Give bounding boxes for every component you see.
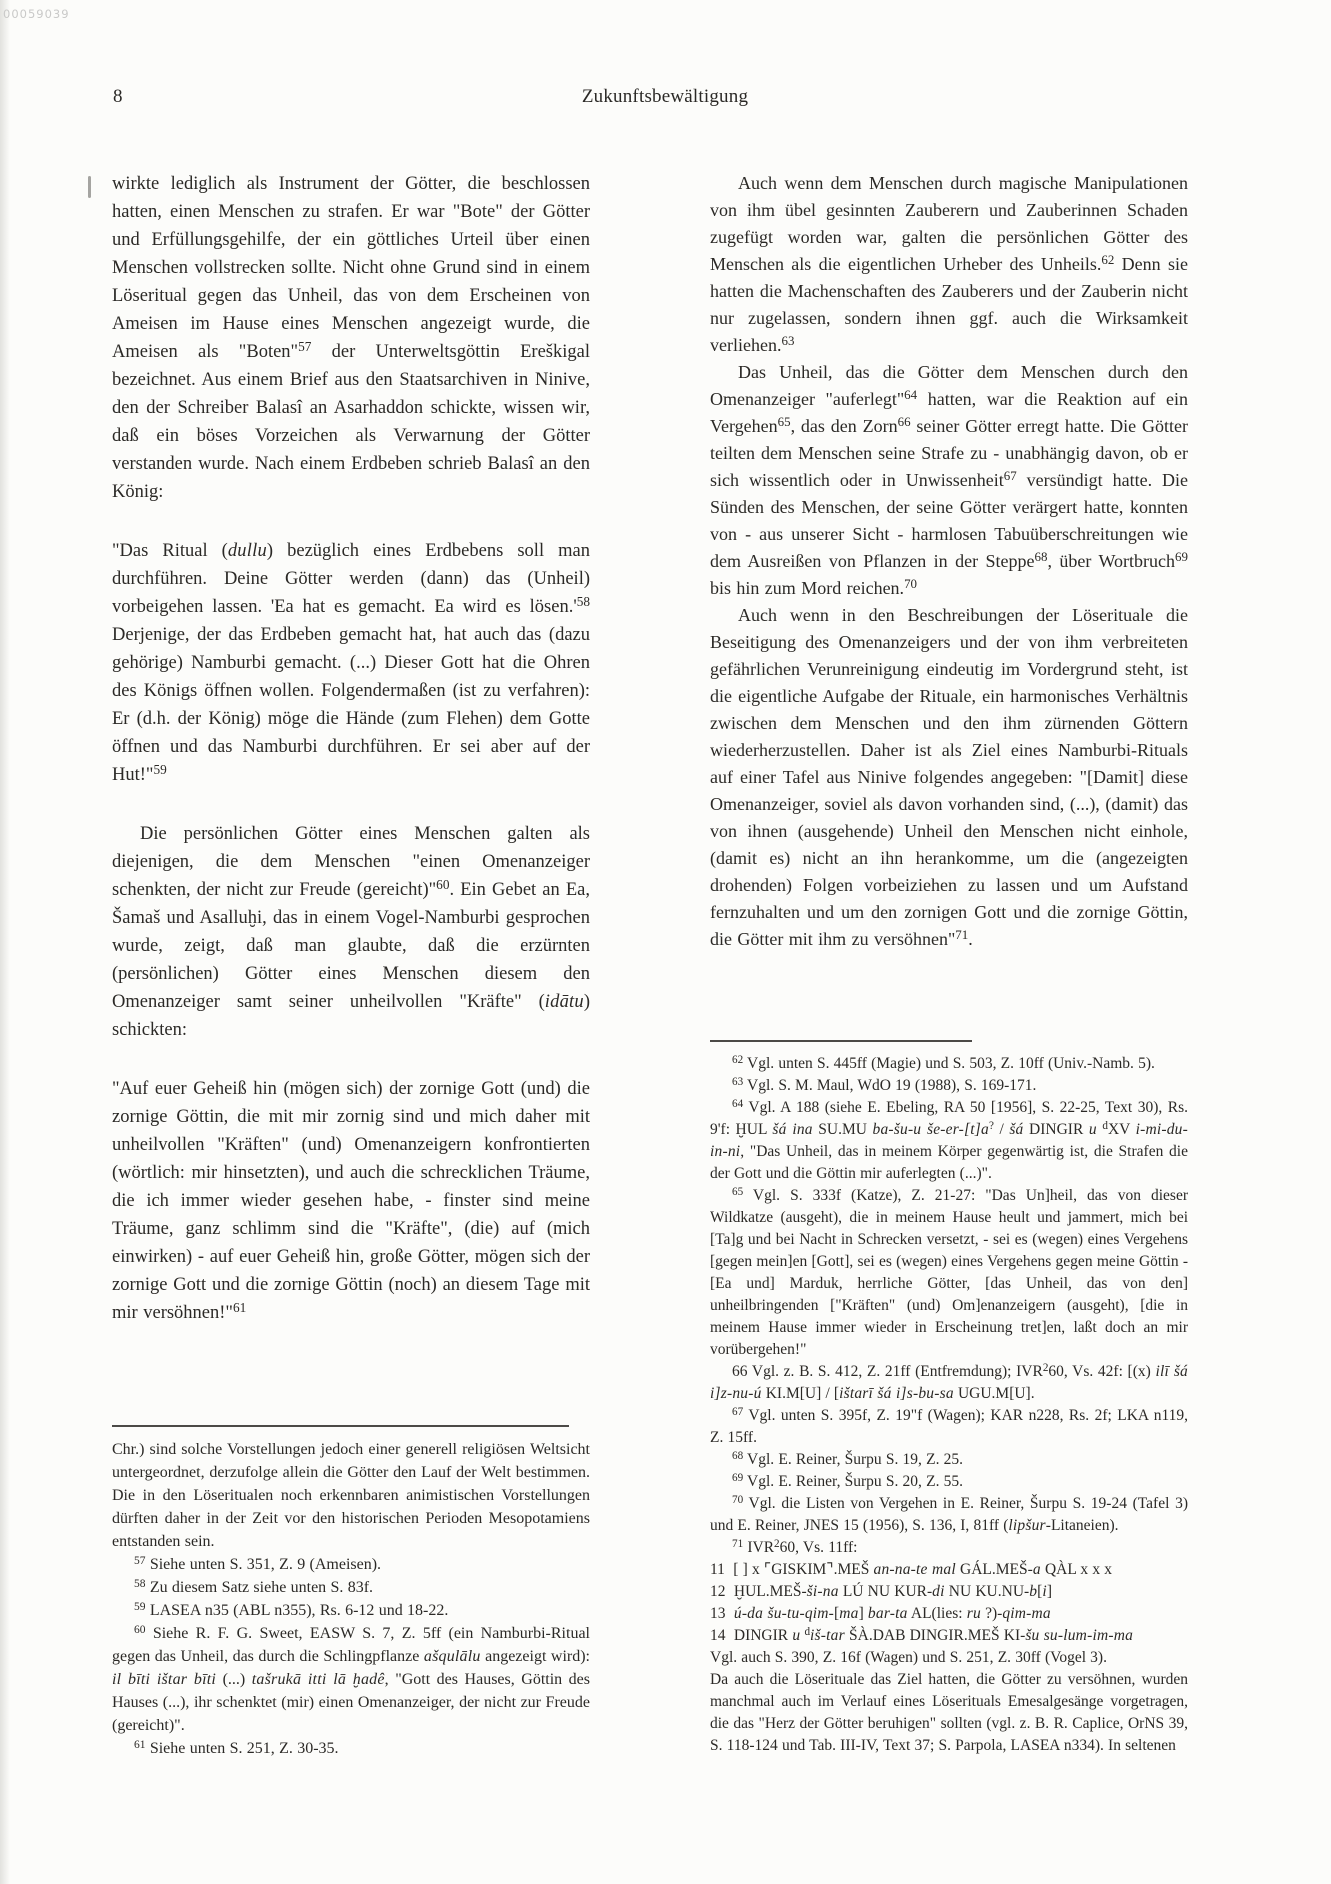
footnote-57: 57 Siehe unten S. 351, Z. 9 (Ameisen).	[112, 1553, 590, 1576]
right-column: Auch wenn dem Menschen durch magische Ma…	[710, 170, 1188, 953]
footnote-66: 66 Vgl. z. B. S. 412, Z. 21ff (Entfremdu…	[710, 1361, 1188, 1405]
scan-edge-shadow	[0, 0, 10, 1884]
cuneiform-line-13: 13 ú-da šu-tu-qim-[ma] bar-ta AL(lies: r…	[710, 1603, 1188, 1625]
scan-number: 00059039	[3, 7, 70, 21]
left-footnote-section: Chr.) sind solche Vorstellungen jedoch e…	[112, 1425, 590, 1760]
paragraph-personal-gods: Die persönlichen Götter eines Menschen g…	[112, 820, 590, 1044]
footnote-separator-left	[112, 1425, 569, 1427]
scan-artifact	[88, 176, 91, 198]
footnote-58: 58 Zu diesem Satz siehe unten S. 83f.	[112, 1576, 590, 1599]
book-page-scan: 00059039 8 Zukunftsbewältigung wirkte le…	[0, 0, 1331, 1884]
footnote-67: 67 Vgl. unten S. 395f, Z. 19"f (Wagen); …	[710, 1405, 1188, 1449]
paragraph-continued: wirkte lediglich als Instrument der Gött…	[112, 170, 590, 506]
footnote-71: 71 IVR260, Vs. 11ff:	[710, 1537, 1188, 1559]
footnote-separator-right	[710, 1040, 972, 1042]
cuneiform-line-14: 14 DINGIR u diš-tar ŠÀ.DAB DINGIR.MEŠ KI…	[710, 1625, 1188, 1647]
left-column: wirkte lediglich als Instrument der Gött…	[112, 170, 590, 1358]
footnote-68: 68 Vgl. E. Reiner, Šurpu S. 19, Z. 25.	[710, 1449, 1188, 1471]
footnote-trailer-da-auch: Da auch die Löserituale das Ziel hatten,…	[710, 1669, 1188, 1757]
footnote-59: 59 LASEA n35 (ABL n355), Rs. 6-12 und 18…	[112, 1599, 590, 1622]
block-quote-angry-gods: "Auf euer Geheiß hin (mögen sich) der zo…	[112, 1075, 590, 1327]
footnote-61: 61 Siehe unten S. 251, Z. 30-35.	[112, 1737, 590, 1760]
footnote-continuation: Chr.) sind solche Vorstellungen jedoch e…	[112, 1438, 590, 1553]
block-quote-earthquake: "Das Ritual (dullu) bezüglich eines Erdb…	[112, 537, 590, 789]
paragraph-loeserituale: Auch wenn in den Beschreibungen der Löse…	[710, 602, 1188, 953]
footnote-60: 60 Siehe R. F. G. Sweet, EASW S. 7, Z. 5…	[112, 1622, 590, 1737]
footnote-trailer-vgl: Vgl. auch S. 390, Z. 16f (Wagen) und S. …	[710, 1647, 1188, 1669]
footnote-62: 62 Vgl. unten S. 445ff (Magie) und S. 50…	[710, 1053, 1188, 1075]
paragraph-magic: Auch wenn dem Menschen durch magische Ma…	[710, 170, 1188, 359]
paragraph-unheil: Das Unheil, das die Götter dem Menschen …	[710, 359, 1188, 602]
cuneiform-line-11: 11 [ ] x ⌜GISKIM⌝.MEŠ an-na-te mal GÁL.M…	[710, 1559, 1188, 1581]
footnote-65: 65 Vgl. S. 333f (Katze), Z. 21-27: "Das …	[710, 1185, 1188, 1361]
cuneiform-line-12: 12 ḪUL.MEŠ-ši-na LÚ NU KUR-di NU KU.NU-b…	[710, 1581, 1188, 1603]
footnote-64: 64 Vgl. A 188 (siehe E. Ebeling, RA 50 […	[710, 1097, 1188, 1185]
running-title: Zukunftsbewältigung	[15, 86, 1315, 108]
footnote-69: 69 Vgl. E. Reiner, Šurpu S. 20, Z. 55.	[710, 1471, 1188, 1493]
right-footnote-section: 62 Vgl. unten S. 445ff (Magie) und S. 50…	[710, 1040, 1188, 1757]
footnote-63: 63 Vgl. S. M. Maul, WdO 19 (1988), S. 16…	[710, 1075, 1188, 1097]
footnote-70: 70 Vgl. die Listen von Vergehen in E. Re…	[710, 1493, 1188, 1537]
